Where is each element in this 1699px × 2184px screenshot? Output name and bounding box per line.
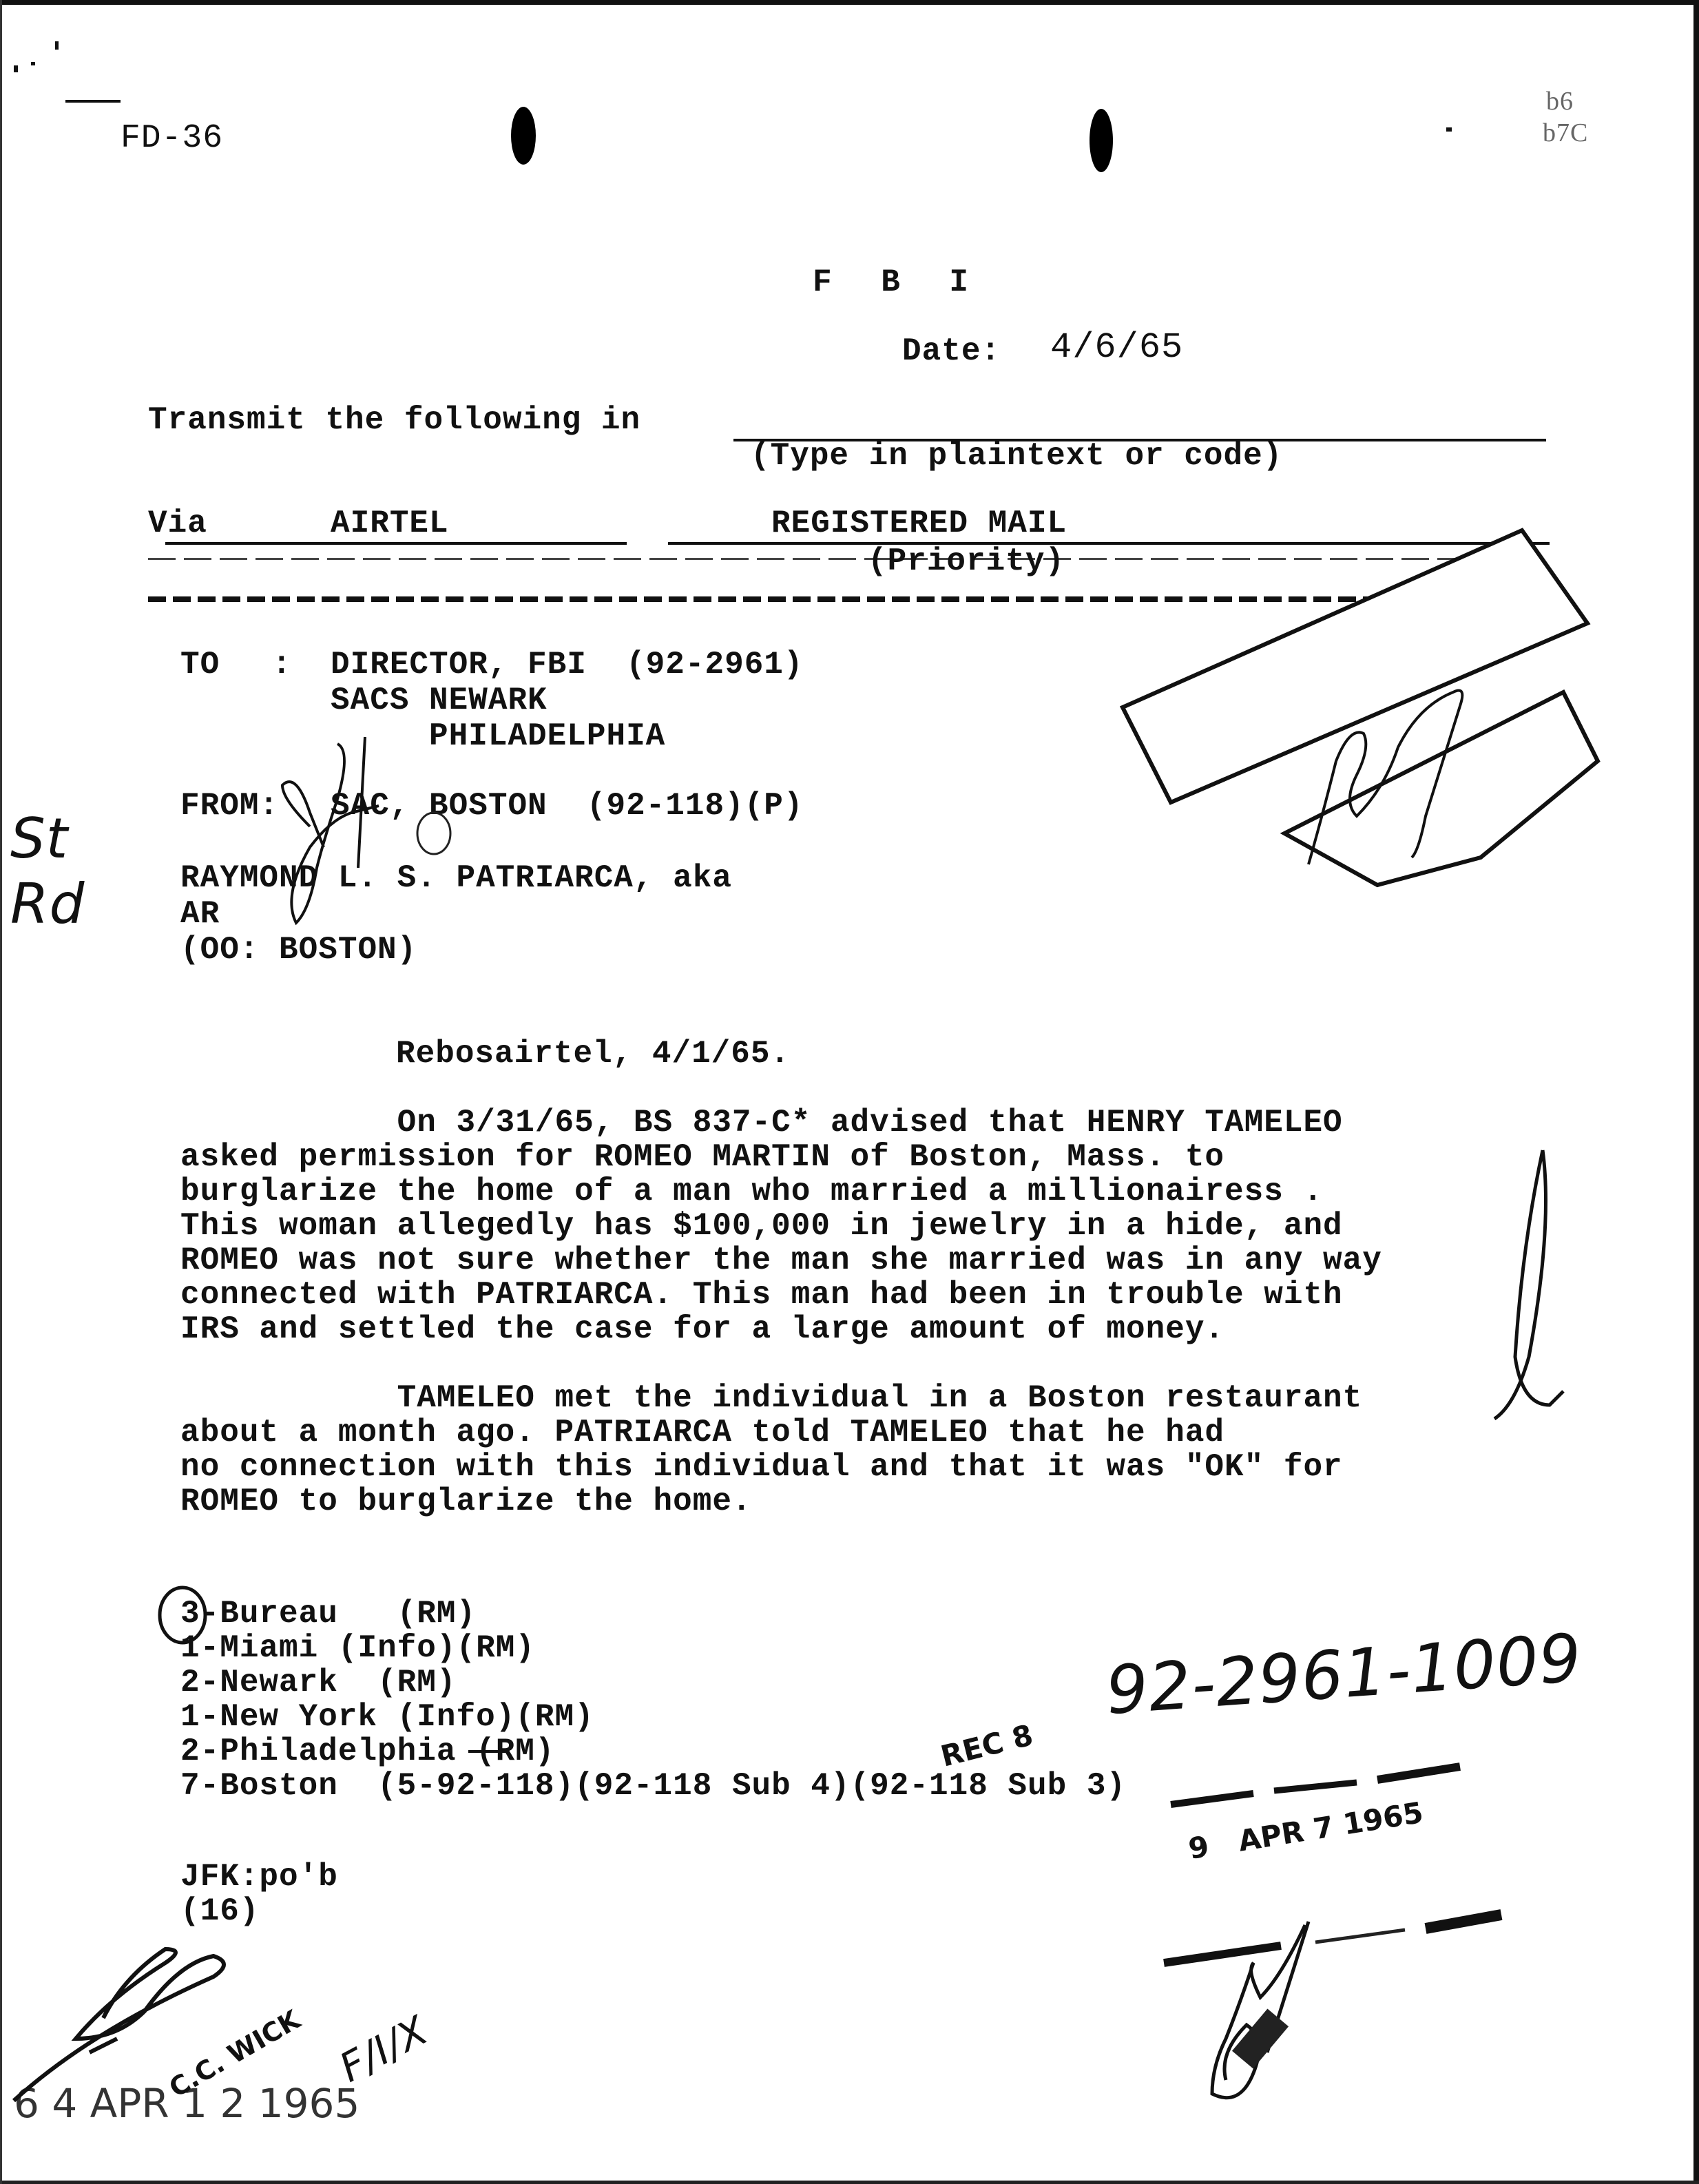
scan-specks <box>0 0 1699 2184</box>
fbi-airtel-document: FD-36 b6 b7C F B I Date: 4/6/65 Transmit… <box>0 0 1699 2184</box>
